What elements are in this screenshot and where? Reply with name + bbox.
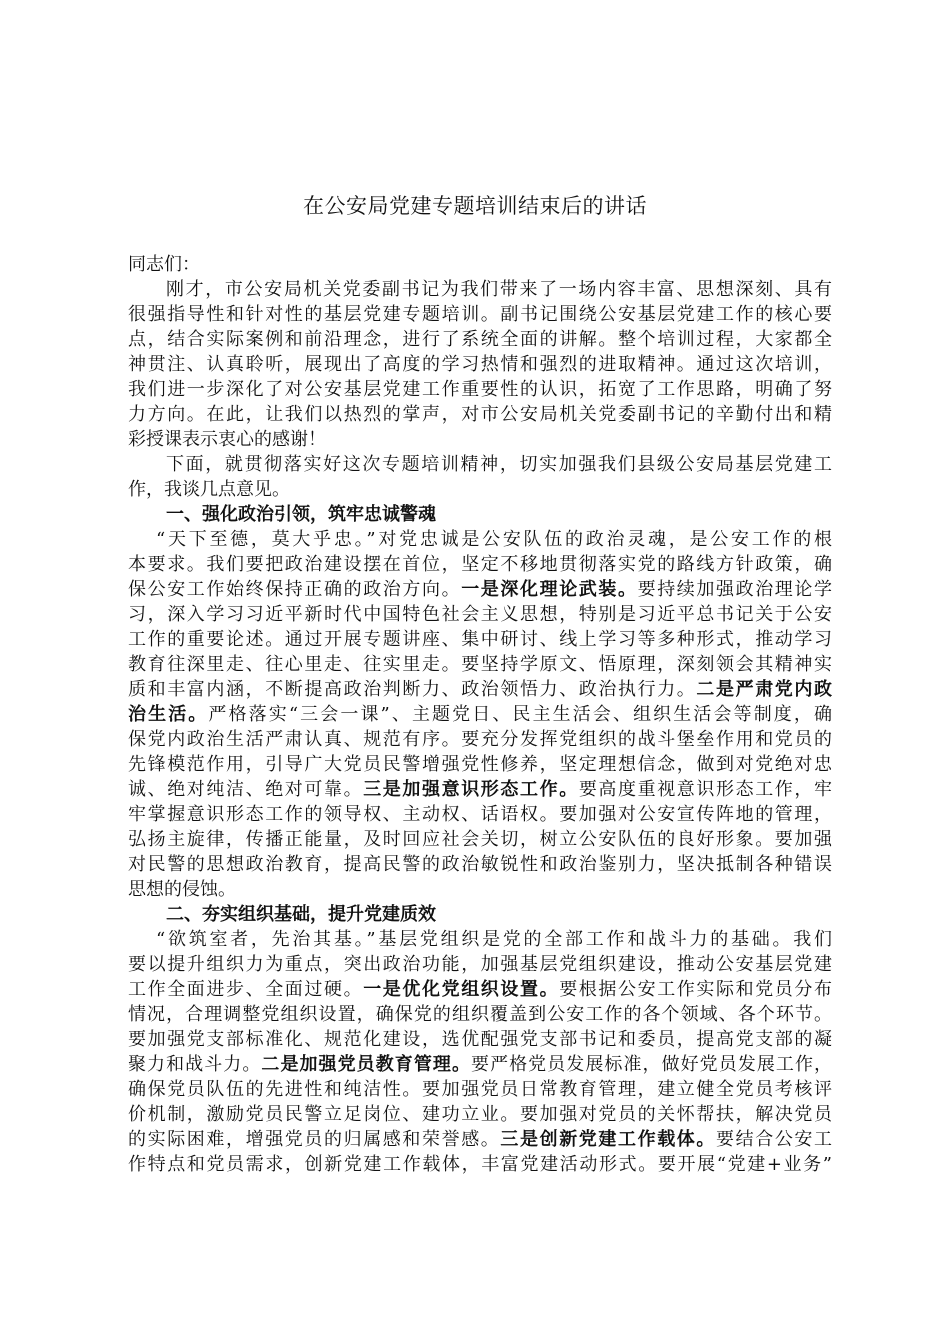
text-line: 作特点和党员需求，创新党建工作载体，丰富党建活动形式。要开展“党建+业务” [128, 1152, 832, 1177]
text-run: 要高度重视意识形态工作，牢 [579, 779, 832, 800]
text-line: 牢掌握意识形态工作的领导权、主动权、话语权。要加强对公安宣传阵地的管理， [128, 802, 832, 827]
text-line: 质和丰富内涵，不断提高政治判断力、政治领悟力、政治执行力。二是严肃党内政 [128, 677, 832, 702]
text-run: 下面，就贯彻落实好这次专题培训精神，切实加强我们县级公安局基层党建工 [166, 454, 832, 475]
text-run: 作特点和党员需求，创新党建工作载体，丰富党建活动形式。要开展“党建+业务” [128, 1154, 832, 1175]
text-run: 要结合公安工 [716, 1129, 832, 1150]
text-line: 习，深入学习习近平新时代中国特色社会主义思想，特别是习近平总书记关于公安 [128, 602, 832, 627]
text-line: 保公安工作始终保持正确的政治方向。一是深化理论武装。要持续加强政治理论学 [128, 577, 832, 602]
text-line: 我们进一步深化了对公安基层党建工作重要性的认识，拓宽了工作思路，明确了努 [128, 377, 832, 402]
document-page: 在公安局党建专题培训结束后的讲话 同志们：刚才，市公安局机关党委副书记为我们带来… [0, 0, 950, 1344]
bold-phrase: 一是优化党组织设置。 [363, 979, 559, 1000]
text-line: 先锋模范作用，引导广大党员民警增强党性修养，坚定理想信念，做到对党绝对忠 [128, 752, 832, 777]
bold-phrase: 二是加强党员教育管理。 [261, 1054, 471, 1075]
text-line: 情况，合理调整党组织设置，确保党的组织覆盖到公安工作的各个领域、各个环节。 [128, 1002, 832, 1027]
text-run: 作，我谈几点意见。 [128, 479, 290, 500]
text-line: 点，结合实际案例和前沿理念，进行了系统全面的讲解。整个培训过程，大家都全 [128, 327, 832, 352]
text-line: 神贯注、认真聆听，展现出了高度的学习热情和强烈的进取精神。通过这次培训， [128, 352, 832, 377]
text-run: 聚力和战斗力。 [128, 1054, 261, 1075]
text-run: “欲筑室者，先治其基。”基层党组织是党的全部工作和战斗力的基础。我们 [156, 929, 832, 950]
text-line: 同志们： [128, 252, 832, 277]
text-run: 要加强党支部标准化、规范化建设，选优配强党支部书记和委员，提高党支部的凝 [128, 1029, 832, 1050]
text-run: 我们进一步深化了对公安基层党建工作重要性的认识，拓宽了工作思路，明确了努 [128, 379, 832, 400]
text-run: 点，结合实际案例和前沿理念，进行了系统全面的讲解。整个培训过程，大家都全 [128, 329, 832, 350]
text-run: 的实际困难，增强党员的归属感和荣誉感。 [128, 1129, 500, 1150]
text-run: 确保党员队伍的先进性和纯洁性。要加强党员日常教育管理，建立健全党员考核评 [128, 1079, 832, 1100]
text-line: “天下至德，莫大乎忠。”对党忠诚是公安队伍的政治灵魂，是公安工作的根 [128, 527, 832, 552]
text-run: 要持续加强政治理论学 [638, 579, 832, 600]
text-run: 同志们： [128, 254, 200, 275]
text-line: 思想的侵蚀。 [128, 877, 832, 902]
text-run: 牢掌握意识形态工作的领导权、主动权、话语权。要加强对公安宣传阵地的管理， [128, 804, 832, 825]
text-run: 神贯注、认真聆听，展现出了高度的学习热情和强烈的进取精神。通过这次培训， [128, 354, 832, 375]
text-line: 要以提升组织力为重点，突出政治功能，加强基层党组织建设，推动公安基层党建 [128, 952, 832, 977]
text-run: 情况，合理调整党组织设置，确保党的组织覆盖到公安工作的各个领域、各个环节。 [128, 1004, 832, 1025]
bold-phrase: 治生活。 [128, 704, 208, 725]
text-run: 先锋模范作用，引导广大党员民警增强党性修养，坚定理想信念，做到对党绝对忠 [128, 754, 832, 775]
text-run: 力方向。在此，让我们以热烈的掌声，对市公安局机关党委副书记的辛勤付出和精 [128, 404, 832, 425]
text-run: 保公安工作始终保持正确的政治方向。 [128, 579, 461, 600]
text-run: 刚才，市公安局机关党委副书记为我们带来了一场内容丰富、思想深刻、具有 [166, 279, 832, 300]
text-run: 教育往深里走、往心里走、往实里走。要坚持学原文、悟原理，深刻领会其精神实 [128, 654, 832, 675]
text-line: 治生活。严格落实“三会一课”、主题党日、民主生活会、组织生活会等制度，确 [128, 702, 832, 727]
text-run: 彩授课表示衷心的感谢！ [128, 429, 326, 450]
text-line: 聚力和战斗力。二是加强党员教育管理。要严格党员发展标准，做好党员发展工作， [128, 1052, 832, 1077]
text-run: 价机制，激励党员民警立足岗位、建功立业。要加强对党员的关怀帮扶，解决党员 [128, 1104, 832, 1125]
bold-phrase: 一、强化政治引领，筑牢忠诚警魂 [166, 504, 436, 525]
text-line: 力方向。在此，让我们以热烈的掌声，对市公安局机关党委副书记的辛勤付出和精 [128, 402, 832, 427]
text-line: 彩授课表示衷心的感谢！ [128, 427, 832, 452]
text-run: 工作的重要论述。通过开展专题讲座、集中研讨、线上学习等多种形式，推动学习 [128, 629, 832, 650]
section-heading: 二、夯实组织基础，提升党建质效 [128, 902, 832, 927]
bold-phrase: 三是创新党建工作载体。 [500, 1129, 716, 1150]
text-line: 弘扬主旋律，传播正能量，及时回应社会关切，树立公安队伍的良好形象。要加强 [128, 827, 832, 852]
text-line: 工作全面进步、全面过硬。一是优化党组织设置。要根据公安工作实际和党员分布 [128, 977, 832, 1002]
bold-phrase: 二、夯实组织基础，提升党建质效 [166, 904, 436, 925]
text-line: 对民警的思想政治教育，提高民警的政治敏锐性和政治鉴别力，坚决抵制各种错误 [128, 852, 832, 877]
text-run: 严格落实“三会一课”、主题党日、民主生活会、组织生活会等制度，确 [208, 704, 832, 725]
text-line: 很强指导性和针对性的基层党建专题培训。副书记围绕公安基层党建工作的核心要 [128, 302, 832, 327]
text-line: 的实际困难，增强党员的归属感和荣誉感。三是创新党建工作载体。要结合公安工 [128, 1127, 832, 1152]
document-body: 同志们：刚才，市公安局机关党委副书记为我们带来了一场内容丰富、思想深刻、具有很强… [128, 252, 832, 1177]
text-run: 要严格党员发展标准，做好党员发展工作， [471, 1054, 832, 1075]
text-line: 作，我谈几点意见。 [128, 477, 832, 502]
text-run: 本要求。我们要把政治建设摆在首位，坚定不移地贯彻落实党的路线方针政策，确 [128, 554, 832, 575]
text-line: 保党内政治生活严肃认真、规范有序。要充分发挥党组织的战斗堡垒作用和党员的 [128, 727, 832, 752]
text-run: 对民警的思想政治教育，提高民警的政治敏锐性和政治鉴别力，坚决抵制各种错误 [128, 854, 832, 875]
text-line: 工作的重要论述。通过开展专题讲座、集中研讨、线上学习等多种形式，推动学习 [128, 627, 832, 652]
text-line: 本要求。我们要把政治建设摆在首位，坚定不移地贯彻落实党的路线方针政策，确 [128, 552, 832, 577]
text-line: 刚才，市公安局机关党委副书记为我们带来了一场内容丰富、思想深刻、具有 [128, 277, 832, 302]
text-run: 很强指导性和针对性的基层党建专题培训。副书记围绕公安基层党建工作的核心要 [128, 304, 832, 325]
text-run: 诚、绝对纯洁、绝对可靠。 [128, 779, 363, 800]
text-line: 要加强党支部标准化、规范化建设，选优配强党支部书记和委员，提高党支部的凝 [128, 1027, 832, 1052]
text-line: 诚、绝对纯洁、绝对可靠。三是加强意识形态工作。要高度重视意识形态工作，牢 [128, 777, 832, 802]
bold-phrase: 三是加强意识形态工作。 [363, 779, 579, 800]
text-run: 习，深入学习习近平新时代中国特色社会主义思想，特别是习近平总书记关于公安 [128, 604, 832, 625]
text-line: 价机制，激励党员民警立足岗位、建功立业。要加强对党员的关怀帮扶，解决党员 [128, 1102, 832, 1127]
text-run: 要根据公安工作实际和党员分布 [559, 979, 832, 1000]
document-title: 在公安局党建专题培训结束后的讲话 [0, 190, 950, 220]
text-run: 弘扬主旋律，传播正能量，及时回应社会关切，树立公安队伍的良好形象。要加强 [128, 829, 832, 850]
bold-phrase: 一是深化理论武装。 [461, 579, 637, 600]
text-run: “天下至德，莫大乎忠。”对党忠诚是公安队伍的政治灵魂，是公安工作的根 [156, 529, 832, 550]
section-heading: 一、强化政治引领，筑牢忠诚警魂 [128, 502, 832, 527]
bold-phrase: 二是严肃党内政 [696, 679, 832, 700]
text-run: 要以提升组织力为重点，突出政治功能，加强基层党组织建设，推动公安基层党建 [128, 954, 832, 975]
text-run: 质和丰富内涵，不断提高政治判断力、政治领悟力、政治执行力。 [128, 679, 696, 700]
text-run: 工作全面进步、全面过硬。 [128, 979, 363, 1000]
text-line: 教育往深里走、往心里走、往实里走。要坚持学原文、悟原理，深刻领会其精神实 [128, 652, 832, 677]
text-line: “欲筑室者，先治其基。”基层党组织是党的全部工作和战斗力的基础。我们 [128, 927, 832, 952]
text-run: 保党内政治生活严肃认真、规范有序。要充分发挥党组织的战斗堡垒作用和党员的 [128, 729, 832, 750]
text-run: 思想的侵蚀。 [128, 879, 236, 900]
text-line: 下面，就贯彻落实好这次专题培训精神，切实加强我们县级公安局基层党建工 [128, 452, 832, 477]
text-line: 确保党员队伍的先进性和纯洁性。要加强党员日常教育管理，建立健全党员考核评 [128, 1077, 832, 1102]
